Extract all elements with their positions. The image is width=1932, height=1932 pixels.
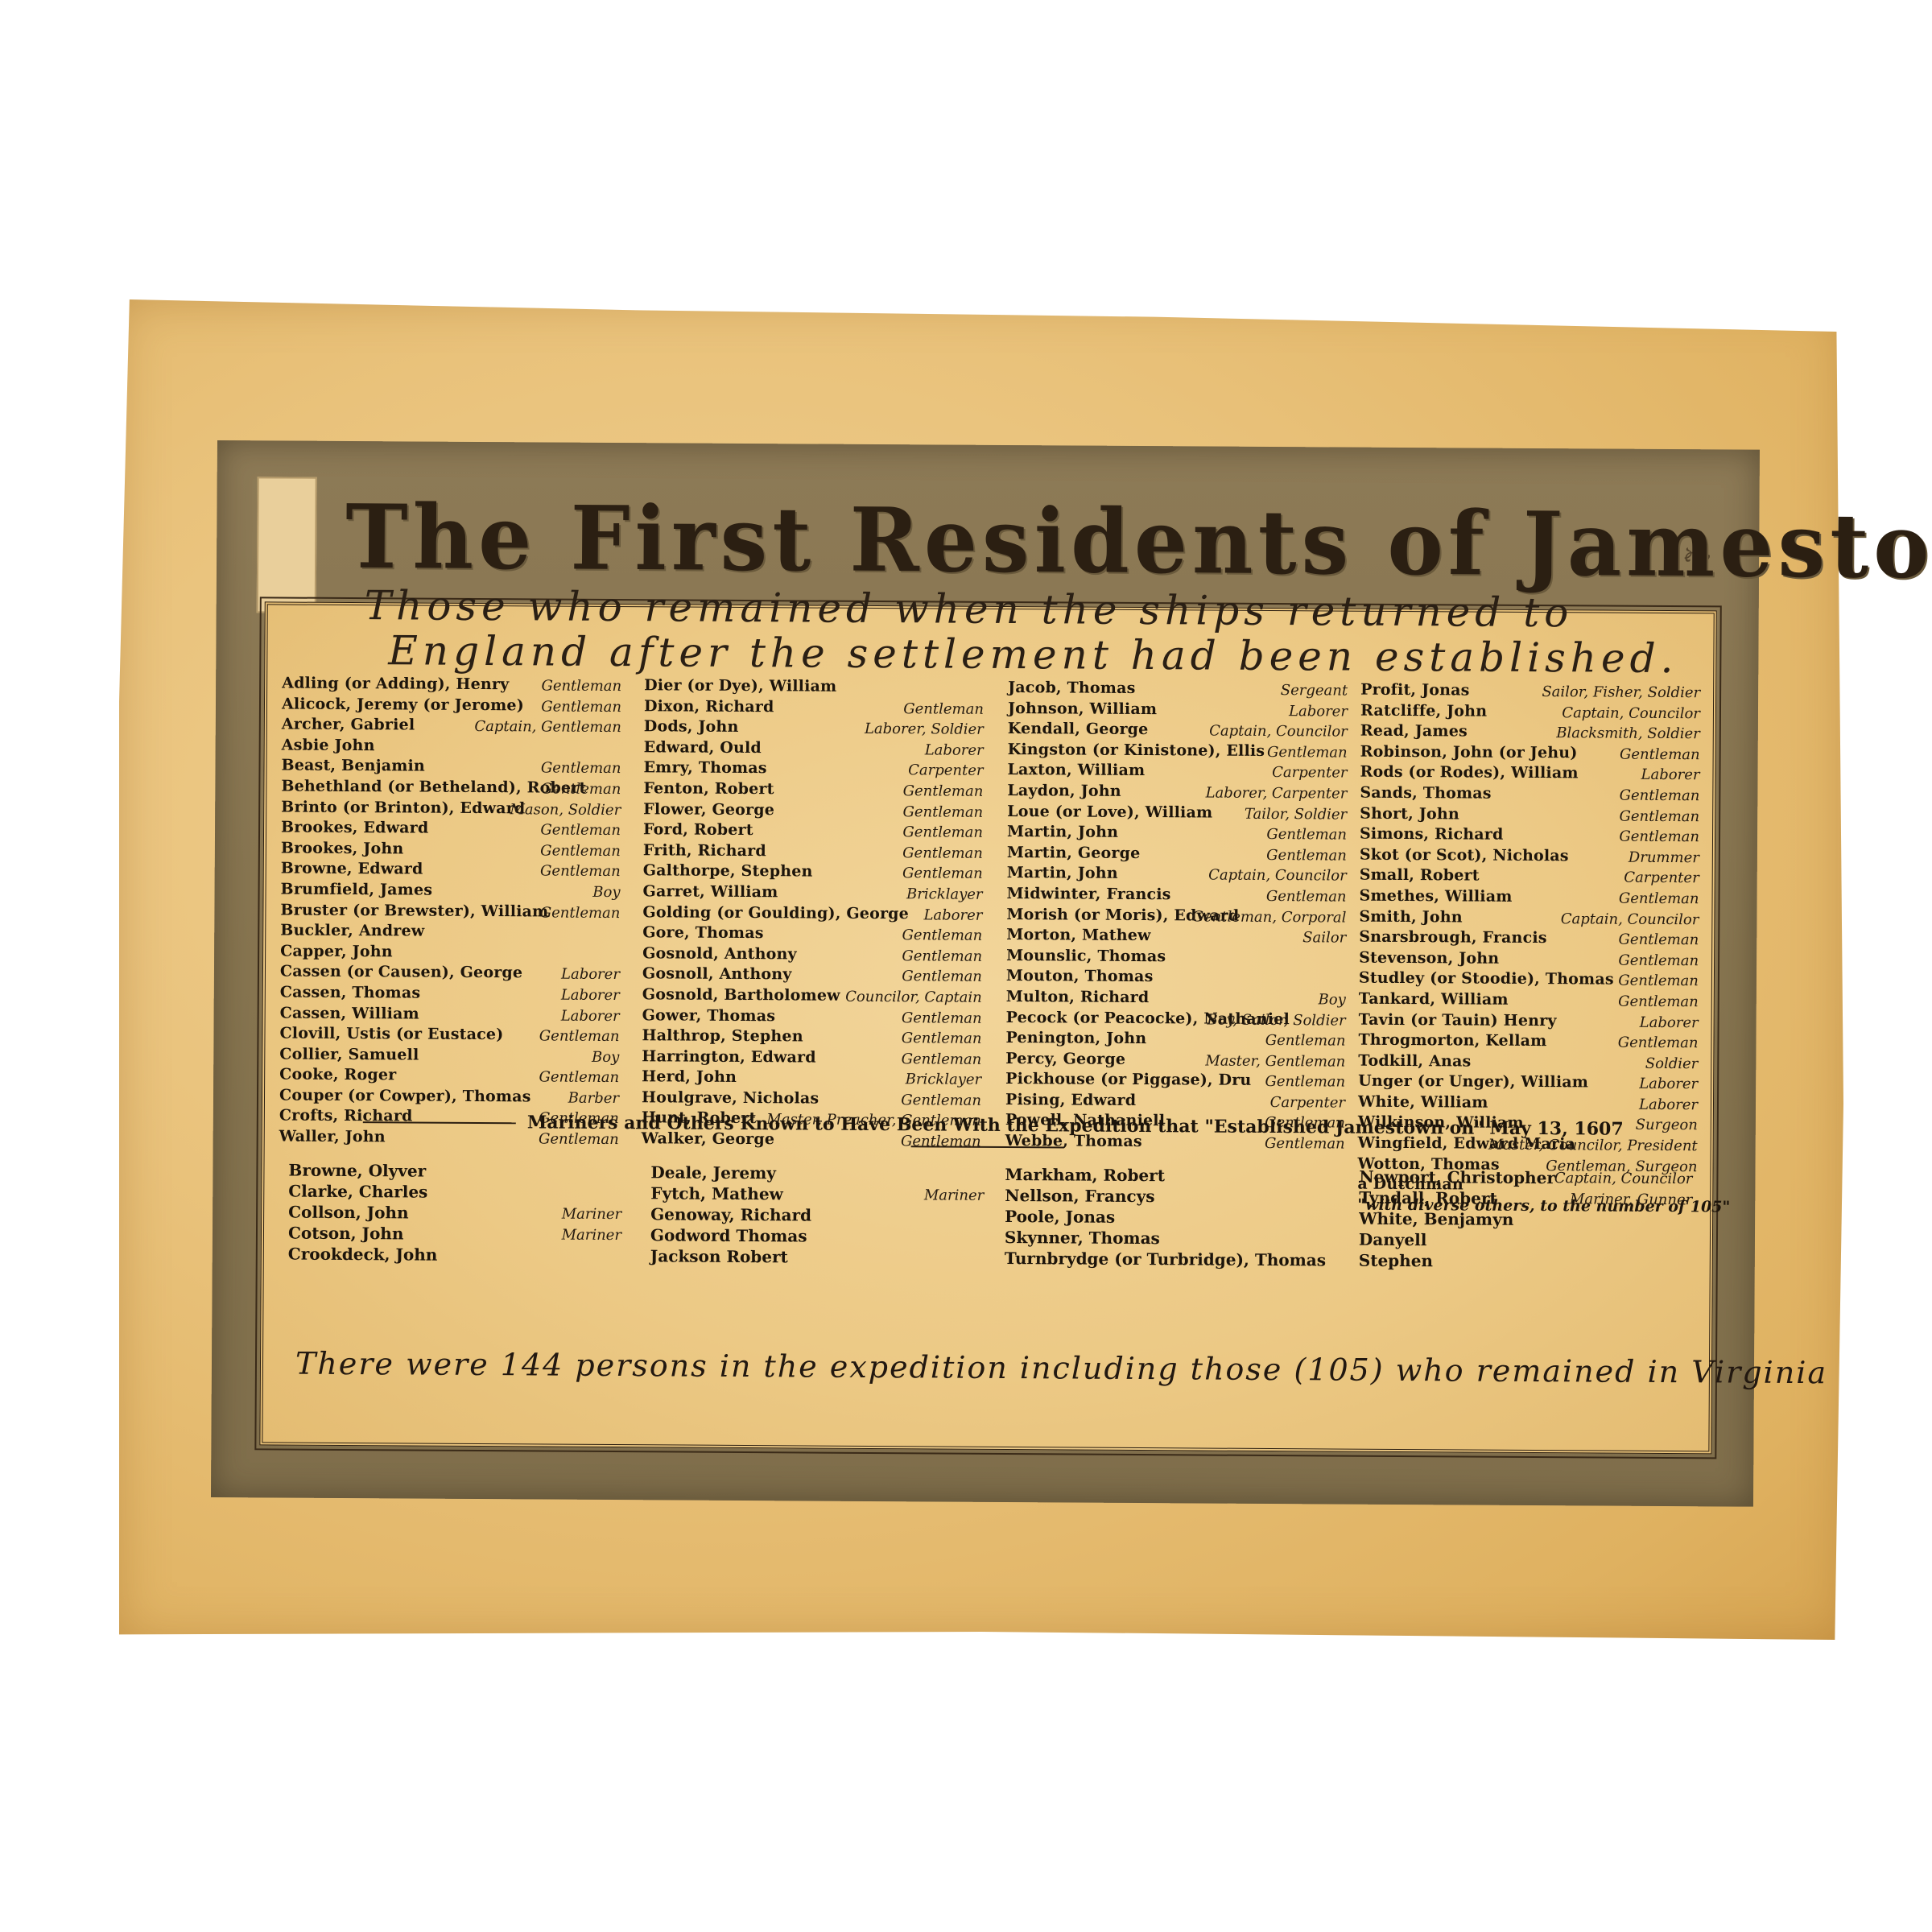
mariner-role: Mariner, Gunner (1570, 1191, 1692, 1208)
mariner-entry: Genoway, Richard (650, 1204, 989, 1228)
resident-name: Mounslic, Thomas (1006, 947, 1166, 965)
resident-name: Herd, John (642, 1068, 737, 1087)
resident-entry: Skot (or Scot), NicholasDrummer (1360, 845, 1706, 868)
resident-name: Brookes, John (281, 839, 404, 857)
resident-role: Gentleman (539, 1028, 620, 1046)
resident-entry: Small, RobertCarpenter (1360, 866, 1706, 889)
resident-name: Studley (or Stoodie), Thomas (1359, 969, 1614, 989)
resident-entry: Frith, RichardGentleman (643, 841, 989, 864)
resident-name: Short, John (1360, 804, 1459, 823)
resident-name: Profit, Jonas (1360, 681, 1470, 700)
resident-entry: Brinto (or Brinton), EdwardMason, Soldie… (281, 798, 627, 820)
resident-role: Mason, Soldier (510, 801, 621, 819)
resident-entry: Throgmorton, KellamGentleman (1358, 1031, 1704, 1054)
resident-name: Brumfield, James (281, 880, 433, 898)
resident-name: Dixon, Richard (644, 697, 774, 716)
resident-name: Martin, John (1007, 864, 1118, 882)
resident-name: Cooke, Roger (279, 1066, 396, 1084)
resident-name: Edward, Ould (644, 738, 762, 757)
mariner-entry: Turnbrydge (or Turbridge), Thomas (1005, 1249, 1343, 1272)
resident-name: Brookes, Edward (281, 819, 428, 837)
resident-name: Cassen, William (280, 1004, 419, 1022)
mariner-name: Nellson, Francys (1005, 1186, 1154, 1206)
mariner-name: Deale, Jeremy (650, 1162, 776, 1183)
resident-role: Gentleman (902, 824, 983, 841)
resident-entry: Rods (or Rodes), WilliamLaborer (1360, 763, 1706, 786)
resident-name: Martin, George (1007, 844, 1141, 862)
resident-name: Collier, Samuell (279, 1045, 419, 1063)
resident-entry: Ford, RobertGentleman (643, 820, 989, 843)
resident-name: Unger (or Unger), William (1358, 1072, 1588, 1092)
resident-entry: Todkill, AnasSoldier (1358, 1051, 1704, 1074)
resident-name: Midwinter, Francis (1007, 885, 1171, 903)
mariner-name: Crookdeck, John (288, 1245, 438, 1265)
resident-name: Penington, John (1005, 1029, 1146, 1047)
mariner-entry: Nellson, Francys (1005, 1186, 1343, 1209)
mariner-entry: Deale, Jeremy (650, 1162, 989, 1186)
resident-entry: Martin, JohnGentleman (1007, 823, 1353, 845)
resident-entry: Beast, BenjaminGentleman (281, 757, 627, 779)
resident-entry: Pising, EdwardCarpenter (1005, 1091, 1352, 1113)
resident-name: Harrington, Edward (642, 1047, 816, 1066)
resident-entry: Johnson, WilliamLaborer (1008, 700, 1354, 722)
resident-entry: Laydon, JohnLaborer, Carpenter (1007, 782, 1353, 804)
resident-role: Gentleman (540, 904, 621, 922)
resident-entry: Morton, MathewSailor (1006, 926, 1352, 948)
resident-role: Gentleman (903, 700, 984, 718)
resident-name: Throgmorton, Kellam (1358, 1031, 1546, 1050)
resident-role: Gentleman (1266, 847, 1347, 865)
resident-name: Sands, Thomas (1360, 784, 1492, 803)
mariner-name: Fytch, Mathew (650, 1183, 783, 1203)
resident-name: Dods, John (644, 717, 739, 736)
resident-name: Tavin (or Tauin) Henry (1359, 1010, 1557, 1030)
resident-name: Brinto (or Brinton), Edward (281, 798, 525, 817)
resident-name: Gosnold, Bartholomew (642, 985, 840, 1005)
resident-entry: Galthorpe, StephenGentleman (643, 862, 989, 885)
resident-name: Snarsbrough, Francis (1359, 928, 1547, 947)
resident-entry: Robinson, John (or Jehu)Gentleman (1360, 742, 1707, 765)
resident-role: Boy (592, 1049, 619, 1066)
resident-role: Captain, Councilor (1208, 867, 1347, 885)
resident-entry: Snarsbrough, FrancisGentleman (1359, 928, 1705, 951)
resident-entry: Kingston (or Kinistone), EllisGentleman (1008, 741, 1354, 763)
resident-entry: Bruster (or Brewster), WilliamGentleman (280, 901, 626, 923)
resident-name: Buckler, Andrew (280, 922, 424, 940)
resident-entry: Golding (or Goulding), GeorgeLaborer (642, 903, 989, 926)
resident-role: Gentleman (541, 760, 621, 778)
resident-name: Cassen (or Causen), George (280, 963, 522, 982)
resident-name: Robinson, John (or Jehu) (1360, 742, 1578, 762)
resident-name: Read, James (1360, 722, 1468, 741)
resident-role: Gentleman (901, 1092, 981, 1109)
heading-rule-left (363, 1121, 516, 1124)
resident-name: Browne, Edward (281, 860, 423, 878)
resident-entry: Harrington, EdwardGentleman (642, 1047, 988, 1070)
resident-name: Ford, Robert (643, 820, 753, 839)
resident-name: Laxton, William (1007, 761, 1145, 779)
resident-entry: Kendall, GeorgeCaptain, Councilor (1008, 720, 1354, 742)
residents-column-3: Jacob, ThomasSergeantJohnson, WilliamLab… (1005, 679, 1355, 1154)
resident-entry: Behethland (or Betheland), RobertGentlem… (281, 777, 627, 799)
resident-name: Percy, George (1005, 1050, 1125, 1068)
mariner-name: Danyell (1359, 1230, 1427, 1250)
resident-role: Gentleman (1265, 1073, 1345, 1091)
resident-role: Captain, Councilor (1209, 723, 1348, 741)
resident-name: Beast, Benjamin (281, 757, 425, 775)
resident-role: Gentleman (1618, 993, 1699, 1011)
resident-name: White, William (1358, 1093, 1488, 1112)
resident-name: Kendall, George (1008, 720, 1149, 738)
resident-name: Frith, Richard (643, 841, 766, 860)
mariner-name: Genoway, Richard (650, 1204, 811, 1224)
resident-entry: Brookes, EdwardGentleman (281, 819, 627, 841)
resident-role: Gentleman (902, 947, 982, 965)
resident-role: Gentleman (902, 927, 983, 944)
resident-name: Rods (or Rodes), William (1360, 763, 1578, 782)
resident-name: Martin, John (1007, 823, 1118, 841)
resident-entry: Multon, RichardBoy (1006, 988, 1352, 1010)
mariner-name: Stephen (1359, 1251, 1433, 1271)
resident-entry: Smethes, WilliamGentleman (1359, 887, 1705, 910)
mariner-entry: Danyell (1359, 1230, 1697, 1253)
resident-name: Johnson, William (1008, 700, 1157, 718)
resident-role: Gentleman (1618, 952, 1699, 969)
mariner-entry: Jackson Robert (650, 1246, 989, 1269)
resident-entry: Mounslic, Thomas (1006, 947, 1352, 969)
resident-name: Dier (or Dye), William (644, 676, 836, 695)
resident-role: Laborer, Carpenter (1206, 784, 1348, 802)
resident-name: Clovill, Ustis (or Eustace) (279, 1025, 503, 1044)
mariner-name: Browne, Olyver (288, 1161, 426, 1181)
resident-entry: Archer, GabrielCaptain, Gentleman (282, 716, 628, 738)
resident-role: Gentleman (902, 844, 983, 862)
resident-role: Gentleman (541, 677, 621, 695)
resident-entry: Martin, GeorgeGentleman (1007, 844, 1353, 866)
resident-role: Gentleman (1620, 745, 1700, 763)
mariner-entry: Cotson, JohnMariner (288, 1224, 626, 1247)
resident-role: Laborer (923, 906, 982, 923)
resident-name: Pickhouse (or Piggase), Dru (1005, 1070, 1251, 1089)
resident-role: Drummer (1629, 848, 1699, 866)
subtitle-line-2: England after the settlement had been es… (364, 628, 1684, 681)
resident-name: Houlgrave, Nicholas (642, 1088, 819, 1107)
resident-role: Gentleman (1619, 931, 1699, 949)
resident-role: Laborer (1289, 703, 1348, 720)
resident-role: Laborer (1639, 1075, 1698, 1092)
resident-entry: Cassen, ThomasLaborer (280, 983, 626, 1005)
resident-role: Carpenter (1624, 869, 1699, 887)
footer-note: There were 144 persons in the expedition… (295, 1346, 1696, 1390)
resident-name: Gore, Thomas (642, 923, 764, 942)
resident-entry: Cassen (or Causen), GeorgeLaborer (280, 963, 626, 985)
resident-name: Bruster (or Brewster), William (280, 901, 548, 920)
resident-entry: Houlgrave, NicholasGentleman (642, 1088, 988, 1111)
subtitle: Those who remained when the ships return… (364, 583, 1685, 681)
resident-entry: Loue (or Love), WilliamTailor, Soldier (1007, 803, 1353, 825)
resident-name: Garret, William (643, 882, 778, 901)
resident-entry: Gosnold, AnthonyGentleman (642, 944, 989, 967)
mariner-name: Tyndall, Robert (1359, 1188, 1497, 1208)
resident-entry: White, WilliamLaborer (1358, 1093, 1704, 1116)
resident-entry: Unger (or Unger), WilliamLaborer (1358, 1072, 1704, 1095)
resident-role: Gentleman (902, 803, 983, 821)
resident-entry: Stevenson, JohnGentleman (1359, 948, 1705, 971)
resident-role: Gentleman (1265, 1032, 1346, 1050)
resident-entry: Jacob, ThomasSergeant (1008, 679, 1354, 701)
mariner-name: Markham, Robert (1005, 1165, 1165, 1185)
resident-role: Laborer (925, 741, 984, 758)
resident-name: Morton, Mathew (1006, 926, 1151, 944)
resident-name: Gosnoll, Anthony (642, 965, 792, 984)
resident-entry: Pecock (or Peacocke), NathanielBoy, Sail… (1006, 1008, 1352, 1030)
resident-role: Master, Gentleman (1205, 1052, 1345, 1070)
resident-role: Gentleman (540, 822, 621, 840)
resident-name: Alicock, Jeremy (or Jerome) (282, 695, 524, 714)
mariner-name: Clarke, Charles (288, 1182, 427, 1202)
mariner-entry: Clarke, Charles (288, 1182, 626, 1205)
resident-name: Ratcliffe, John (1360, 701, 1487, 720)
resident-role: Carpenter (1270, 1094, 1346, 1112)
mariner-entry: Markham, Robert (1005, 1165, 1343, 1188)
resident-name: Gower, Thomas (642, 1006, 776, 1025)
resident-name: Archer, Gabriel (282, 716, 415, 734)
resident-role: Captain, Councilor (1562, 704, 1700, 722)
resident-role: Carpenter (1272, 764, 1348, 782)
resident-entry: Garret, WilliamBricklayer (642, 882, 989, 905)
resident-name: Jacob, Thomas (1008, 679, 1136, 697)
resident-name: Smethes, William (1360, 887, 1513, 906)
mariners-heading: Mariners and Others Known to Have Been W… (265, 1110, 1711, 1161)
resident-name: Flower, George (643, 800, 774, 819)
resident-role: Laborer, Soldier (865, 720, 984, 738)
mariner-entry: Poole, Jonas (1005, 1207, 1343, 1230)
resident-name: Cassen, Thomas (280, 983, 421, 1001)
resident-role: Gentleman (1618, 1034, 1699, 1052)
resident-role: Bricklayer (906, 885, 983, 903)
residents-column-1: Adling (or Adding), HenryGentlemanAlicoc… (279, 674, 629, 1150)
mariner-entry: Browne, Olyver (288, 1161, 626, 1184)
mariners-column-1: Browne, OlyverClarke, CharlesCollson, Jo… (288, 1161, 627, 1268)
resident-role: Laborer (561, 1007, 620, 1024)
resident-entry: Read, JamesBlacksmith, Soldier (1360, 722, 1707, 745)
mariner-entry: Tyndall, RobertMariner, Gunner (1359, 1188, 1697, 1212)
resident-entry: Laxton, WilliamCarpenter (1007, 761, 1353, 783)
resident-role: Gentleman (1266, 888, 1347, 906)
resident-role: Gentleman (902, 1051, 982, 1068)
resident-role: Gentleman (1619, 807, 1699, 825)
resident-entry: Smith, JohnCaptain, Councilor (1359, 907, 1705, 930)
mariner-name: Collson, John (288, 1203, 409, 1223)
resident-entry: Cooke, RogerGentleman (279, 1066, 625, 1088)
resident-entry: Herd, JohnBricklayer (642, 1068, 988, 1091)
resident-name: Multon, Richard (1006, 988, 1150, 1006)
resident-entry: Short, JohnGentleman (1360, 804, 1706, 827)
resident-name: Galthorpe, Stephen (643, 862, 813, 881)
resident-name: Tankard, William (1359, 990, 1509, 1009)
resident-name: Kingston (or Kinistone), Ellis (1008, 741, 1265, 760)
resident-entry: Collier, SamuellBoy (279, 1045, 625, 1067)
resident-entry: Cassen, WilliamLaborer (280, 1004, 626, 1026)
content-panel: Those who remained when the ships return… (259, 601, 1716, 1454)
resident-role: Laborer (1639, 1096, 1698, 1113)
resident-entry: Emry, ThomasCarpenter (643, 759, 989, 782)
mariner-name: Godword Thomas (650, 1225, 807, 1245)
mariner-entry: Collson, JohnMariner (288, 1203, 626, 1226)
resident-entry: Dixon, RichardGentleman (644, 697, 990, 720)
resident-name: Pising, Edward (1005, 1091, 1136, 1109)
mariner-entry: White, Benjamyn (1359, 1209, 1697, 1232)
mariner-role: Mariner (562, 1227, 622, 1244)
resident-entry: Adling (or Adding), HenryGentleman (282, 674, 628, 696)
mariners-column-4: Newport, ChristopherCaptain, CouncilorTy… (1359, 1167, 1698, 1274)
resident-entry: Martin, JohnCaptain, Councilor (1007, 864, 1353, 886)
resident-role: Gentleman, Corporal (1192, 908, 1347, 926)
mariner-entry: Skynner, Thomas (1005, 1228, 1343, 1251)
resident-name: Adling (or Adding), Henry (282, 674, 509, 693)
resident-role: Barber (568, 1090, 619, 1107)
resident-role: Captain, Councilor (1561, 910, 1699, 928)
resident-name: Fenton, Robert (643, 779, 774, 798)
resident-role: Gentleman (1620, 787, 1700, 805)
residents-column-2: Dier (or Dye), WilliamDixon, RichardGent… (642, 676, 991, 1152)
resident-role: Laborer (561, 966, 620, 983)
resident-name: Mouton, Thomas (1006, 967, 1154, 985)
resident-entry: Alicock, Jeremy (or Jerome)Gentleman (282, 695, 628, 717)
resident-role: Tailor, Soldier (1245, 805, 1347, 823)
resident-name: Capper, John (280, 942, 393, 960)
resident-role: Captain, Gentleman (474, 718, 621, 736)
resident-name: Skot (or Scot), Nicholas (1360, 845, 1569, 865)
resident-role: Gentleman (1619, 890, 1699, 908)
resident-role: Sergeant (1281, 682, 1348, 700)
mariner-role: Captain, Councilor (1554, 1170, 1693, 1187)
resident-role: Gentleman (902, 1009, 982, 1027)
resident-entry: Fenton, RobertGentleman (643, 779, 989, 802)
resident-role: Carpenter (908, 762, 984, 780)
resident-name: Couper (or Cowper), Thomas (279, 1086, 531, 1105)
resident-role: Boy (1318, 991, 1345, 1008)
resident-name: Smith, John (1359, 907, 1462, 926)
resident-role: Boy (592, 884, 620, 901)
mariner-name: White, Benjamyn (1359, 1209, 1513, 1229)
resident-entry: Couper (or Cowper), ThomasBarber (279, 1086, 625, 1108)
mariner-entry: Godword Thomas (650, 1225, 989, 1249)
heading-rule-right (911, 1146, 1064, 1148)
resident-role: Soldier (1645, 1055, 1699, 1072)
resident-entry: Morish (or Moris), EdwardGentleman, Corp… (1006, 906, 1352, 928)
resident-name: Golding (or Goulding), George (642, 903, 909, 923)
resident-role: Gentleman (1267, 744, 1348, 762)
resident-entry: Simons, RichardGentleman (1360, 825, 1706, 848)
document-frame: ❦ ❧ The First Residents of Jamestown Tho… (211, 440, 1760, 1507)
resident-entry: Capper, John (280, 942, 626, 964)
drop-cap-panel (257, 477, 317, 613)
resident-name: Laydon, John (1007, 782, 1121, 800)
resident-role: Bricklayer (906, 1071, 982, 1089)
resident-role: Gentleman (902, 1030, 982, 1047)
resident-entry: Brumfield, JamesBoy (281, 880, 627, 902)
mariner-role: Mariner (924, 1187, 985, 1203)
resident-entry: Gosnold, BartholomewCouncilor, Captain (642, 985, 989, 1008)
resident-role: Blacksmith, Soldier (1556, 724, 1700, 742)
mariners-column-2: Deale, JeremyFytch, MathewMarinerGenoway… (650, 1162, 989, 1269)
resident-role: Gentleman (902, 865, 983, 883)
resident-role: Gentleman (1619, 828, 1699, 846)
resident-role: Laborer (1641, 766, 1700, 783)
resident-entry: Edward, OuldLaborer (644, 738, 990, 761)
resident-name: Simons, Richard (1360, 825, 1504, 844)
mariner-name: Skynner, Thomas (1005, 1228, 1160, 1248)
resident-entry: Asbie John (282, 736, 628, 758)
resident-role: Gentleman (540, 842, 621, 860)
resident-name: Loue (or Love), William (1007, 803, 1212, 822)
resident-name: Halthrop, Stephen (642, 1026, 803, 1045)
resident-name: Stevenson, John (1359, 948, 1499, 967)
resident-entry: Sands, ThomasGentleman (1360, 784, 1706, 807)
resident-entry: Tankard, WilliamGentleman (1359, 990, 1705, 1013)
resident-entry: Mouton, Thomas (1006, 967, 1352, 989)
mariner-entry: Fytch, MathewMariner (650, 1183, 989, 1207)
resident-role: Laborer (561, 987, 620, 1004)
resident-name: Todkill, Anas (1358, 1051, 1471, 1070)
mariner-name: Turnbrydge (or Turbridge), Thomas (1005, 1249, 1326, 1269)
resident-role: Gentleman (903, 782, 984, 800)
document-title: The First Residents of Jamestown (345, 485, 1932, 599)
resident-role: Gentleman (541, 698, 621, 716)
resident-role: Gentleman (1266, 826, 1347, 844)
mariners-column-3: Markham, RobertNellson, FrancysPoole, Jo… (1005, 1165, 1344, 1272)
residents-list: Adling (or Adding), HenryGentlemanAlicoc… (279, 674, 1707, 1166)
resident-entry: Buckler, Andrew (280, 922, 626, 944)
resident-role: Gentleman (1618, 972, 1699, 990)
mariner-name: Newport, Christopher (1359, 1167, 1555, 1187)
resident-entry: Gower, ThomasGentleman (642, 1006, 989, 1029)
resident-entry: Profit, JonasSailor, Fisher, Soldier (1360, 681, 1707, 704)
resident-entry: Studley (or Stoodie), ThomasGentleman (1359, 969, 1705, 992)
resident-role: Gentleman (540, 863, 621, 881)
resident-entry: Midwinter, FrancisGentleman (1006, 885, 1352, 907)
resident-role: Gentleman (541, 780, 621, 798)
resident-role: Sailor (1302, 929, 1346, 946)
resident-name: Gosnold, Anthony (642, 944, 797, 963)
resident-entry: Gore, ThomasGentleman (642, 923, 989, 946)
mariner-role: Mariner (562, 1206, 622, 1223)
resident-entry: Ratcliffe, JohnCaptain, Councilor (1360, 701, 1707, 724)
resident-entry: Tavin (or Tauin) HenryLaborer (1359, 1010, 1705, 1033)
resident-name: Asbie John (282, 736, 375, 754)
mariner-entry: Stephen (1359, 1251, 1697, 1274)
resident-entry: Brookes, JohnGentleman (281, 839, 627, 861)
mariner-entry: Newport, ChristopherCaptain, Councilor (1359, 1167, 1697, 1191)
resident-entry: Flower, GeorgeGentleman (643, 800, 989, 823)
resident-name: Emry, Thomas (643, 759, 766, 778)
resident-entry: Pickhouse (or Piggase), DruGentleman (1005, 1070, 1352, 1092)
resident-entry: Dods, JohnLaborer, Soldier (644, 717, 990, 740)
resident-entry: Browne, EdwardGentleman (281, 860, 627, 882)
resident-entry: Penington, JohnGentleman (1005, 1029, 1352, 1051)
resident-name: Small, Robert (1360, 866, 1480, 885)
resident-role: Sailor, Fisher, Soldier (1542, 683, 1700, 701)
resident-entry: Gosnoll, AnthonyGentleman (642, 965, 989, 988)
resident-role: Councilor, Captain (845, 989, 982, 1006)
mariner-name: Jackson Robert (650, 1246, 788, 1266)
resident-entry: Percy, GeorgeMaster, Gentleman (1005, 1050, 1352, 1072)
resident-role: Boy, Sailor, Soldier (1207, 1011, 1345, 1029)
mariner-name: Poole, Jonas (1005, 1207, 1115, 1227)
resident-role: Gentleman (539, 1069, 619, 1087)
mariner-entry: Crookdeck, John (288, 1245, 626, 1268)
